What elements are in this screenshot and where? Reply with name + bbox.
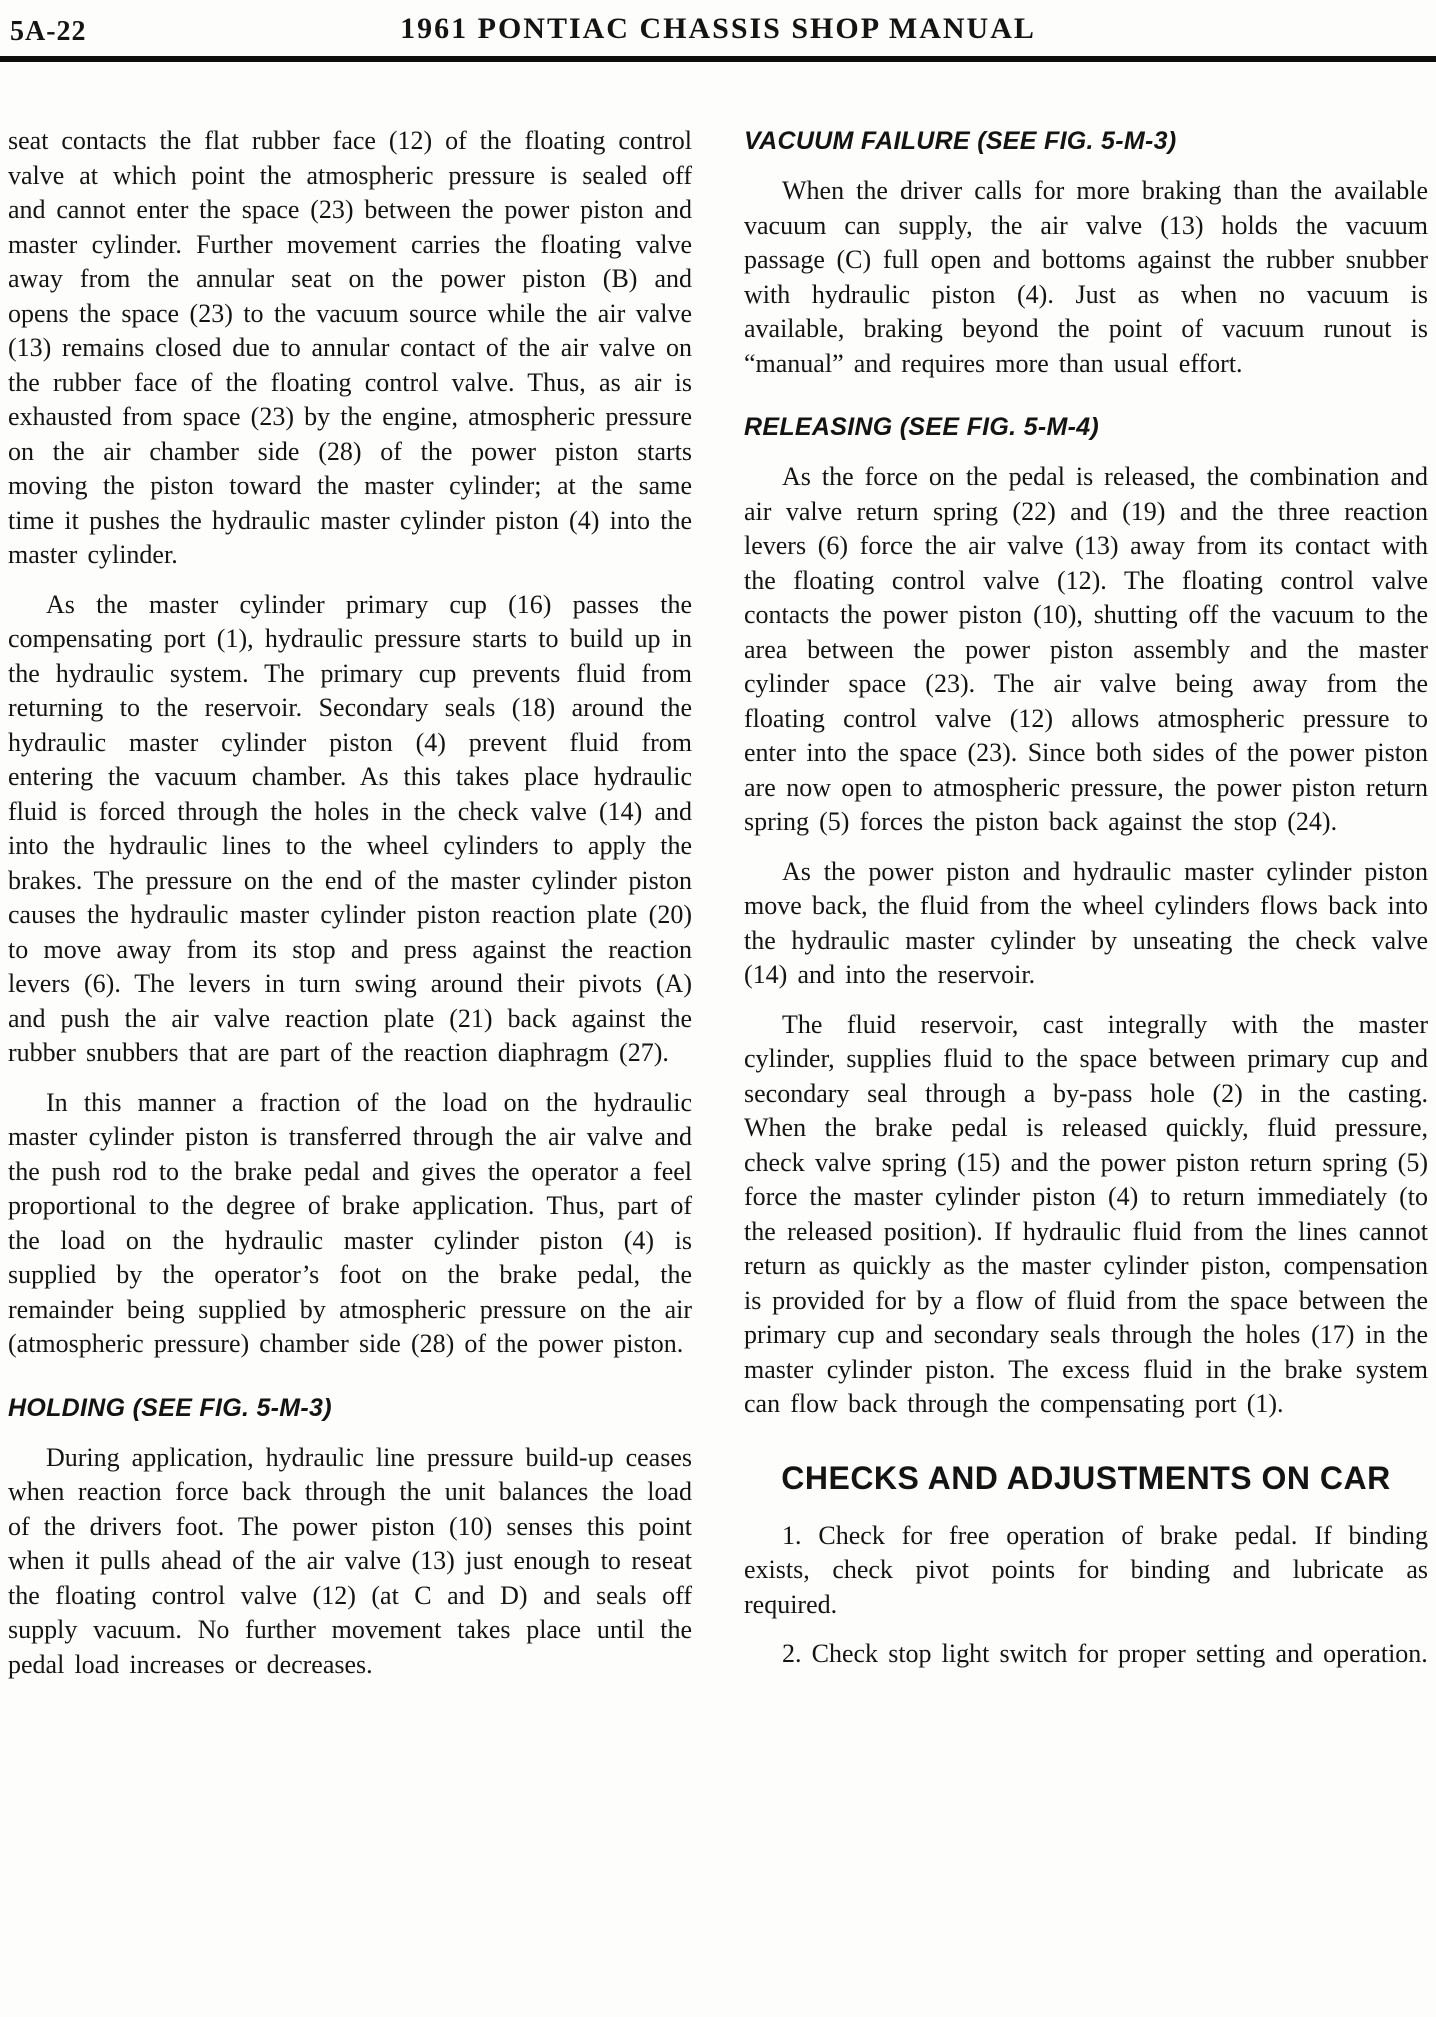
list-item-1: 1. Check for free operation of brake ped…: [744, 1519, 1428, 1623]
list-item-2: 2. Check stop light switch for proper se…: [744, 1637, 1428, 1672]
page-title: 1961 PONTIAC CHASSIS SHOP MANUAL: [0, 12, 1436, 46]
paragraph: During application, hydraulic line press…: [8, 1441, 692, 1683]
page-header: 5A-22 1961 PONTIAC CHASSIS SHOP MANUAL: [0, 0, 1436, 56]
left-column: seat contacts the flat rubber face (12) …: [8, 124, 692, 1682]
right-column: VACUUM FAILURE (SEE FIG. 5-M-3) When the…: [744, 124, 1428, 1682]
section-heading-checks-and-adjustments: CHECKS AND ADJUSTMENTS ON CAR: [744, 1460, 1428, 1497]
section-heading-releasing: RELEASING (SEE FIG. 5-M-4): [744, 413, 1428, 442]
paragraph: As the master cylinder primary cup (16) …: [8, 588, 692, 1071]
manual-page: 5A-22 1961 PONTIAC CHASSIS SHOP MANUAL s…: [0, 0, 1436, 2017]
paragraph: The fluid reservoir, cast integrally wit…: [744, 1008, 1428, 1422]
two-column-body: seat contacts the flat rubber face (12) …: [0, 62, 1436, 1682]
paragraph: As the force on the pedal is released, t…: [744, 460, 1428, 840]
section-heading-holding: HOLDING (SEE FIG. 5-M-3): [8, 1394, 692, 1423]
paragraph: In this manner a fraction of the load on…: [8, 1086, 692, 1362]
paragraph-continuation: seat contacts the flat rubber face (12) …: [8, 124, 692, 573]
paragraph: As the power piston and hydraulic master…: [744, 855, 1428, 993]
section-heading-vacuum-failure: VACUUM FAILURE (SEE FIG. 5-M-3): [744, 127, 1428, 156]
paragraph: When the driver calls for more braking t…: [744, 174, 1428, 381]
